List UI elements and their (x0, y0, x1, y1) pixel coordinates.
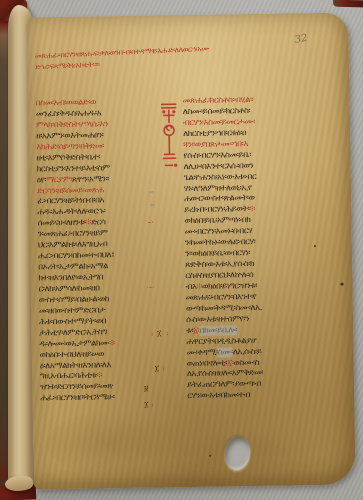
text-column-left: በስመ፡አብ፡ወወልድ፡ወመንፈስ፡ቅዱስ፡አሐዱ፡አምላክ፡በቅድስት፡ሥላሴ… (36, 96, 170, 404)
text-segment: ጽድቅስ፡ውእቱ፡ኢየሱስ፡ክ (185, 259, 254, 270)
rubric-header: መጽሐፈ፡ብርሃን፡ዘጽሑፍ፡ቃለ፡ወንቡብ፡በቀዳማዊ፡እሑድ፡ለለወርኅ፡አ… (35, 38, 322, 72)
gutter-marginalia: ≈≈–··–·፡፲፡፲፡፱፲፡ (26, 13, 348, 18)
text-segment: ብእ (185, 282, 196, 292)
red-cross-spiral-divider-icon (159, 101, 180, 173)
text-segment: ውስተ፡ሰማይ፡በልዑል፡ወከ (39, 294, 109, 305)
text-segment: ን፡መጽሐፈ፡ብርሃን፡ዘይም (38, 229, 108, 240)
text-column-right: መጽሐፈ፡ክርስቶስ፡ብሂል፡፡ለስሙ፡ይሰመይ፡ክርስቶስ፡ብርሃን፡እስመ፡… (183, 94, 315, 402)
rubric-text-segment: ብርሃን፡እስመ፡ይመርሖሙ፡ (183, 117, 255, 128)
text-segment: መ፡ዘበውስተ፡ምድር፡በታ (39, 305, 105, 316)
text-segment: ህር፡እምልክቱ፡ለእግዚአብ (38, 239, 108, 250)
text-segment: ክተ፡ዘእንበለየ፡ወኢትግበ (38, 272, 103, 283)
text-segment: ወከዕበ፡ተብህለ፡ዘይሠወ (40, 349, 105, 360)
text-segment: ለስሙ፡ይሰመይ፡ክርስቶስ፡ (183, 106, 251, 117)
text-segment: ዱ፡ሎሙ፡ወኢታምልክሙ (39, 338, 109, 349)
text-segment: ይረክብ፡ብርሃነ፡ሕይወት፡ (184, 204, 249, 215)
pencil-mark: ≈ (149, 202, 156, 210)
text-segment: ፈ፡ብርሃን፡ዘይትነበብ፡በአ (37, 196, 104, 207)
text-segment: ወክዕበ፡ይቤ፡አምጣነ፡ብክ (184, 215, 250, 226)
rubric-text-segment: ጓን፡፡ወያበጽሖሙ፡ኀበ፡እ (183, 139, 248, 150)
text-segment: ጌል፡ዮሐንስ፡አነ፡ውእቱ፡ብር (184, 172, 257, 183)
text-segment: ዕየ፡ (37, 175, 46, 185)
rubric-text-segment: እክሕድ፡ሰይጣን፡በቅድመ፡ (36, 141, 104, 152)
text-segment: ርስቶስ፡ዘያበርህ፡ለኵሉ፡ሰ (185, 270, 253, 281)
text-segment: ይትፈጠር፡ዓለም፡ያውጣ፡ብ (187, 379, 261, 390)
rubric-text-segment: በስመ፡አብ፡ወወልድ፡ወ (36, 97, 96, 108)
text-segment: ወስሙ፡ስ (233, 357, 259, 367)
text-segment: ዕ፡ለአማልክት፡ዘእንበለ፡ለእ (40, 360, 111, 371)
text-segment: ሱስ፡ውእቱ፡ዘተሰምየ፡ን (186, 314, 249, 325)
margin-numeral-mark: ፡ (151, 402, 153, 410)
text-segment: ክርስቲያን፡እንተ፡ይእቲ፡ስም (37, 163, 110, 174)
text-segment: መንፈስ፡ቅዱስ፡አሐዱ፡አ (36, 108, 101, 119)
ink-speck (209, 455, 211, 457)
margin-numeral-mark: ፱ (144, 385, 148, 393)
parchment-stain (46, 407, 197, 479)
text-line: ርሃን፡ውእቱ፡በከመ፡ተብ (187, 389, 314, 402)
text-segment: ሙ፡ብርሃን፡እመኑ፡በብርሃ (185, 226, 253, 237)
text-segment: ሔር፡ብርሃን፡በከመ፡ተብህለ፤ (38, 250, 114, 261)
text-segment: ሐፈ፡ብርሃን፡ዘቦ፡ትርጓሜሁ፡ (40, 393, 114, 404)
text-segment: ግዚአብሔር፡ባሕቲቱ (40, 371, 97, 382)
text-segment: ን፡፡ወክዕበ፡ይቤ፡ወብርሃነ፡ (185, 248, 250, 259)
ink-speck (341, 283, 344, 286)
text-segment: ዘቲ፡እምየ፡ቅድስት፡ቤተ፡ (36, 152, 100, 163)
text-segment: ሐዋርያት፡በዲዲስቆልያሆ (186, 336, 256, 347)
text-segment: ሕቱ፡በውስተ፡ማያት፡ወበ (39, 316, 106, 327)
margin-numeral-mark: ፲ (144, 401, 148, 409)
margin-numeral-mark: ፡ (163, 365, 165, 373)
pencil-mark: ≈ (148, 189, 155, 197)
rubric-text-segment: ምላክ፡በቅድስት፡ሥላሴ፡እን (36, 119, 108, 130)
text-segment: ሰመይናሁ፡ለዘንቱ፡ (37, 218, 85, 229)
binding-cover-fragment-top-right (333, 0, 363, 7)
text-line: ሐፈ፡ብርሃን፡ዘቦ፡ትርጓሜሁ፡ (40, 392, 169, 405)
rubric-text-segment: ማርያም፡ (46, 174, 72, 184)
text-segment: የሱስ፡ብርሃን፡እስመ፡ይቤ፡ (183, 150, 251, 161)
text-segment: ዝንቱ፡ድርሳን፡ይሰመይ፡መጽ (40, 382, 113, 393)
manuscript-photo: 32 መጽሐፈ፡ብርሃን፡ዘጽሑፍ፡ቃለ፡ወንቡብ፡በቀዳማዊ፡እሑድ፡ለለወር… (0, 0, 363, 500)
smudged-text-segment: በከመ፡ይቤሎ፡ (200, 325, 238, 336)
margin-numeral-mark: ፲ (157, 329, 161, 337)
text-segment: ወክዕበ፡ይነግር፡ዝንቱ፡ (202, 281, 257, 292)
text-segment: ለሊሁ፡በእንተ፡ርእሱ፡በወን (184, 161, 254, 172)
ink-speck (314, 245, 316, 247)
text-segment: መጽሐፍ፡ብርሃን፡በእንተ፡የ (186, 292, 257, 303)
rubric-text-segment: ፨ (96, 371, 102, 381)
text-segment: ዘ፡አአምን፡ወእትመሐፀን፡ (36, 130, 103, 141)
text-segment: ታሕቲሃ፡ለምድር፡ኢትስግ (39, 327, 107, 338)
rubric-text-segment: ፨ (109, 338, 115, 348)
text-segment: ወጠነ፡በኖሎቲ፡ (187, 358, 227, 369)
text-segment: ሙ፡ቀዳሚ፡ (187, 347, 218, 357)
text-segment: ጽዮን፡አሜን፡፡ (72, 174, 109, 185)
rubric-text-segment: መጽሐፈ፡ክርስቶስ፡ብሂል፡፡ (183, 95, 254, 106)
smudged-text-segment: ስሙ፡ (218, 347, 233, 357)
margin-numeral-mark: ፡ (151, 331, 153, 339)
text-segment: ሐዱ፡እሑዳት፡ለለ፡ወርኁ፡ (37, 207, 105, 218)
margin-numeral-mark: ·–· (147, 284, 156, 292)
text-segment: ለክርስቲያን፡ኀበ፡ርቱዕ፡ዐ (183, 128, 246, 139)
text-segment: ሃኑ፡ለዓለም፡ዘተለወኒ፡ኢየ (184, 183, 252, 194)
text-segment: በኦሪት፡ኢታምልኩ፡አማል (38, 261, 108, 272)
margin-numeral-mark: ፲ (155, 365, 159, 373)
text-segment: ር፡ለከ፡አምሳለ፡ከመ፡ዘበ (39, 283, 100, 294)
text-segment: ሐውር፡ውስተ፡ጽልመት፡ወ (184, 193, 255, 204)
parchment-page: 32 መጽሐፈ፡ብርሃን፡ዘጽሑፍ፡ቃለ፡ወንቡብ፡በቀዳማዊ፡እሑድ፡ለለወር… (26, 13, 355, 490)
text-segment: ውጣ፡ከመ፡ቅዳሚ፡ስሙ፡ለኢ (186, 303, 262, 314)
text-segment: ለኢየሱስ፡ዘሀሎ፡እምቅድመ፡ (187, 368, 263, 379)
rubric-text-segment: ድርሳን፡ዘይሰመይ፡መጽሐ (37, 185, 104, 196)
margin-numeral-mark: –· (147, 219, 153, 227)
rubric-text-segment: ፨ (249, 204, 255, 214)
text-segment: ለኢሱስ፡ይ (233, 346, 262, 356)
text-segment: ን፡ከመ፡ትኩኑ፡ውሉደ፡ብርሃ፡ (185, 237, 256, 248)
text-segment: ርሃን፡ውእቱ፡በከመ፡ተብ (187, 390, 250, 401)
text-segment: ድርሳ (91, 218, 106, 228)
margin-numeral-mark: ፡ (166, 330, 168, 338)
